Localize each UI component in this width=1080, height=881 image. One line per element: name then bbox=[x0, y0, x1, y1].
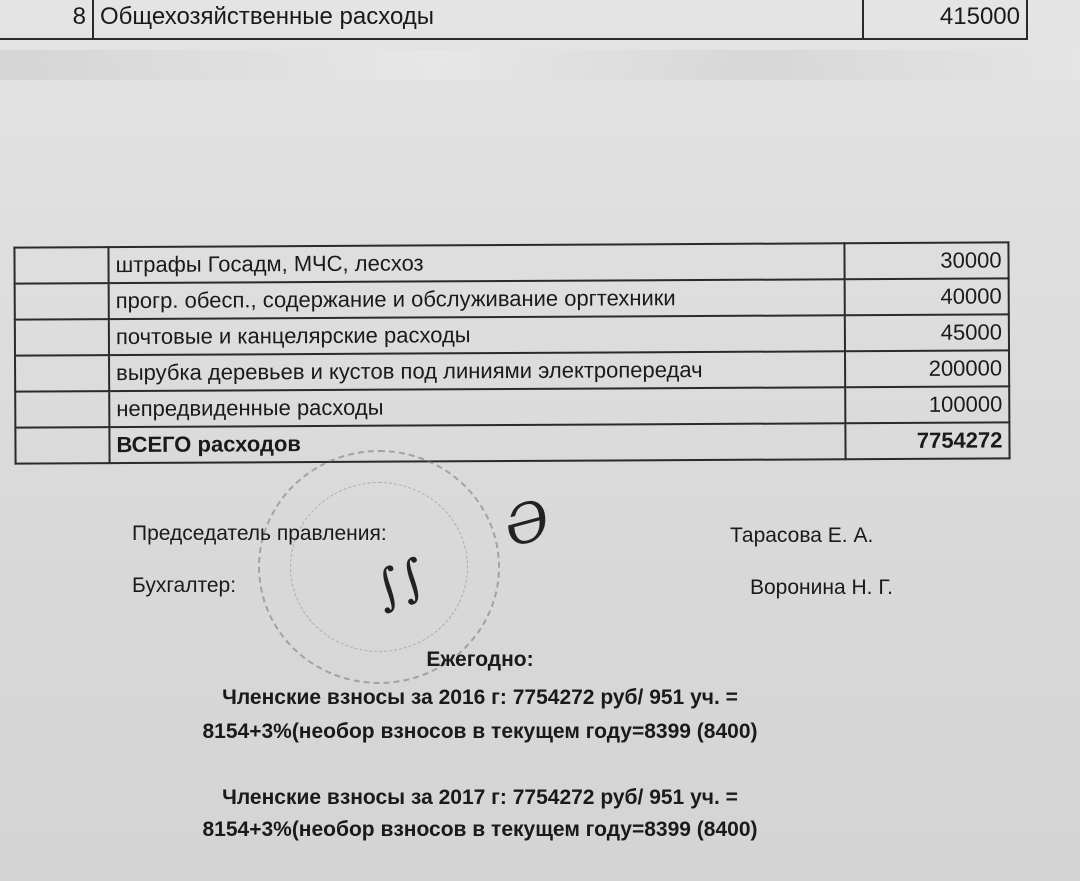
fees-2016-line2: 8154+3%(необор взносов в текущем году=83… bbox=[130, 720, 830, 744]
accountant-title: Бухгалтер: bbox=[132, 574, 236, 598]
row-value: 200000 bbox=[845, 350, 1009, 387]
table-row: вырубка деревьев и кустов под линиями эл… bbox=[15, 350, 1009, 391]
row-value: 45000 bbox=[845, 314, 1009, 351]
table-row: почтовые и канцелярские расходы 45000 bbox=[15, 314, 1009, 355]
row-value: 100000 bbox=[845, 386, 1009, 423]
row-label: штрафы Госадм, МЧС, лесхоз bbox=[108, 243, 844, 283]
chair-title: Председатель правления: bbox=[132, 522, 387, 546]
plastic-glare bbox=[0, 50, 1080, 80]
table-row: непредвиденные расходы 100000 bbox=[15, 386, 1009, 427]
row-label: почтовые и канцелярские расходы bbox=[109, 315, 845, 355]
row-value: 30000 bbox=[844, 242, 1008, 279]
chair-name: Тарасова Е. А. bbox=[730, 524, 873, 548]
total-value: 7754272 bbox=[845, 422, 1009, 459]
table-row: прогр. обесп., содержание и обслуживание… bbox=[15, 278, 1009, 319]
top-expense-table: 8 Общехозяйственные расходы 415000 bbox=[0, 0, 1028, 40]
row-label: Общехозяйственные расходы bbox=[93, 0, 863, 39]
row-label: прогр. обесп., содержание и обслуживание… bbox=[109, 279, 845, 319]
row-label: вырубка деревьев и кустов под линиями эл… bbox=[109, 351, 845, 391]
fees-2016-line1: Членские взносы за 2016 г: 7754272 руб/ … bbox=[130, 686, 830, 710]
row-value: 415000 bbox=[863, 0, 1027, 39]
total-row: ВСЕГО расходов 7754272 bbox=[15, 422, 1009, 463]
table-row: 8 Общехозяйственные расходы 415000 bbox=[0, 0, 1027, 39]
total-label: ВСЕГО расходов bbox=[109, 423, 845, 463]
accountant-name: Воронина Н. Г. bbox=[750, 576, 893, 600]
fees-2017-line1: Членские взносы за 2017 г: 7754272 руб/ … bbox=[130, 786, 830, 810]
fees-2017-line2: 8154+3%(необор взносов в текущем году=83… bbox=[130, 818, 830, 842]
table-row: штрафы Госадм, МЧС, лесхоз 30000 bbox=[14, 242, 1008, 283]
row-number: 8 bbox=[0, 0, 93, 39]
expense-table: штрафы Госадм, МЧС, лесхоз 30000 прогр. … bbox=[13, 241, 1010, 464]
row-label: непредвиденные расходы bbox=[109, 387, 845, 427]
annual-heading: Ежегодно: bbox=[130, 648, 830, 672]
row-value: 40000 bbox=[845, 278, 1009, 315]
